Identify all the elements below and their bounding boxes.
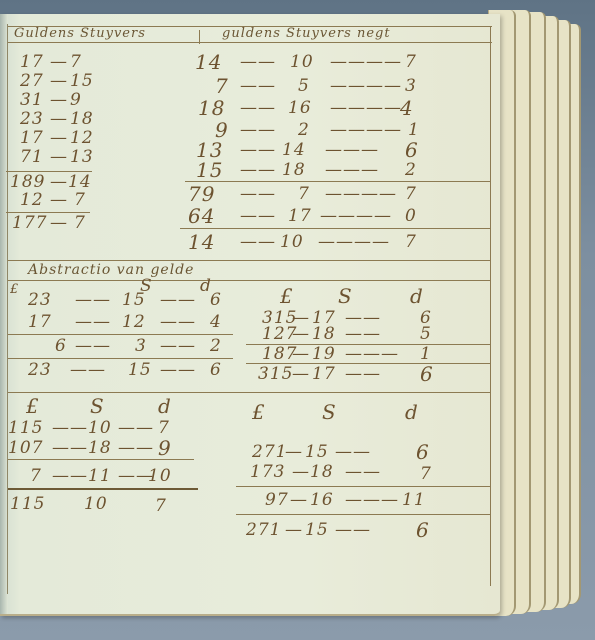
shilling-symbol: S [90,394,105,418]
cell: 79 [188,182,215,206]
shilling-symbol: S [322,400,337,424]
cell: 5 [420,324,432,344]
cell: 15 [122,290,146,310]
pound-symbol: £ [280,284,294,308]
cell: 10 [280,232,304,252]
cell: 7 [155,496,167,516]
cell: 9 [70,90,82,110]
cell: 10 [84,494,108,514]
cell: 14 [68,172,92,192]
cell: 1 [420,344,432,364]
shilling-symbol: S [338,284,353,308]
cell: 6 [210,360,222,380]
cell: 1 [408,120,420,140]
cell: 115 [8,418,43,438]
cell: 15 [70,71,94,91]
cell: 7 [215,74,229,98]
cell: 11 [402,490,426,510]
header-label: Guldens Stuyvers [14,26,146,41]
cell: 4 [210,312,222,332]
sum-rule [8,459,194,460]
section-rule [8,392,490,393]
cell: 7 [405,184,417,204]
cell: 0 [405,206,417,226]
cell: 23 [20,109,44,129]
sum-rule [8,358,233,359]
cell: 18 [310,462,334,482]
section-rule [8,280,490,281]
cell: 7 [30,466,42,486]
cell: 18 [88,438,112,458]
header-rule [8,42,492,43]
cell: 16 [288,98,312,118]
cell: 17 [20,52,44,72]
cell: 3 [405,76,417,96]
ledger-page: Guldens Stuyvers 17 — 7 27 — 15 31 — 9 2… [0,14,500,616]
header-label: guldens Stuyvers negt [222,26,391,41]
cell: 7 [420,464,432,484]
cell: 315 [258,364,293,384]
cell: 12 [20,190,44,210]
cell: 4 [400,96,414,120]
cell: 2 [210,336,222,356]
cell: 15 [305,520,329,540]
cell: 17 [288,206,312,226]
cell: 7 [405,232,417,252]
cell: 6 [416,518,430,542]
pence-symbol: d [410,284,424,308]
sum-rule [236,514,490,515]
cell: 14 [282,140,306,160]
cell: 271 [246,520,281,540]
cell: 9 [158,436,172,460]
cell: 15 [128,360,152,380]
cell: 107 [8,438,43,458]
cell: 7 [70,52,82,72]
cell: 15 [196,158,223,182]
cell: 12 [70,128,94,148]
sum-rule [236,486,490,487]
cell: 6 [210,290,222,310]
cell: 19 [312,344,336,364]
cell: 271 [252,442,287,462]
pence-symbol: d [158,394,172,418]
cell: 7 [405,52,417,72]
cell: 13 [70,147,94,167]
cell: 14 [188,230,215,254]
page-border [490,26,491,586]
sum-rule [180,228,490,229]
cell: 18 [312,324,336,344]
cell: 16 [310,490,334,510]
cell: 10 [88,418,112,438]
sum-rule [185,181,490,182]
cell: 2 [298,120,310,140]
sum-rule [8,488,198,490]
cell: 17 [20,128,44,148]
cell: 115 [10,494,45,514]
cell: 23 [28,360,52,380]
cell: 17 [312,364,336,384]
cell: 12 [122,312,146,332]
pound-symbol: £ [252,400,266,424]
margin-line [7,24,8,594]
cell: 5 [298,76,310,96]
column-divider [199,30,200,44]
cell: 17 [28,312,52,332]
cell: 2 [405,160,417,180]
cell: 71 [20,147,44,167]
cell: 177 [12,213,47,233]
cell: 27 [20,71,44,91]
cell: 97 [265,490,289,510]
cell: 6 [416,440,430,464]
pound-symbol: £ [10,282,19,297]
cell: 6 [55,336,67,356]
cell: 11 [88,466,112,486]
cell: 173 [250,462,285,482]
cell: 7 [298,184,310,204]
cell: 189 [10,172,45,192]
section-title: Abstractio van gelde [28,262,194,278]
cell: 6 [420,362,434,386]
cell: 6 [405,138,419,162]
cell: 10 [148,466,172,486]
cell: 7 [158,418,170,438]
cell: 64 [188,204,215,228]
cell: 18 [198,96,225,120]
cell: 31 [20,90,44,110]
cell: 14 [195,50,222,74]
pence-symbol: d [405,400,419,424]
cell: 18 [70,109,94,129]
pound-symbol: £ [26,394,40,418]
cell: 10 [290,52,314,72]
section-rule [8,260,490,261]
cell: 15 [305,442,329,462]
cell: 23 [28,290,52,310]
cell: 7 [74,213,86,233]
cell: 18 [282,160,306,180]
cell: 7 [74,190,86,210]
cell: 3 [135,336,147,356]
sum-rule [8,334,233,335]
